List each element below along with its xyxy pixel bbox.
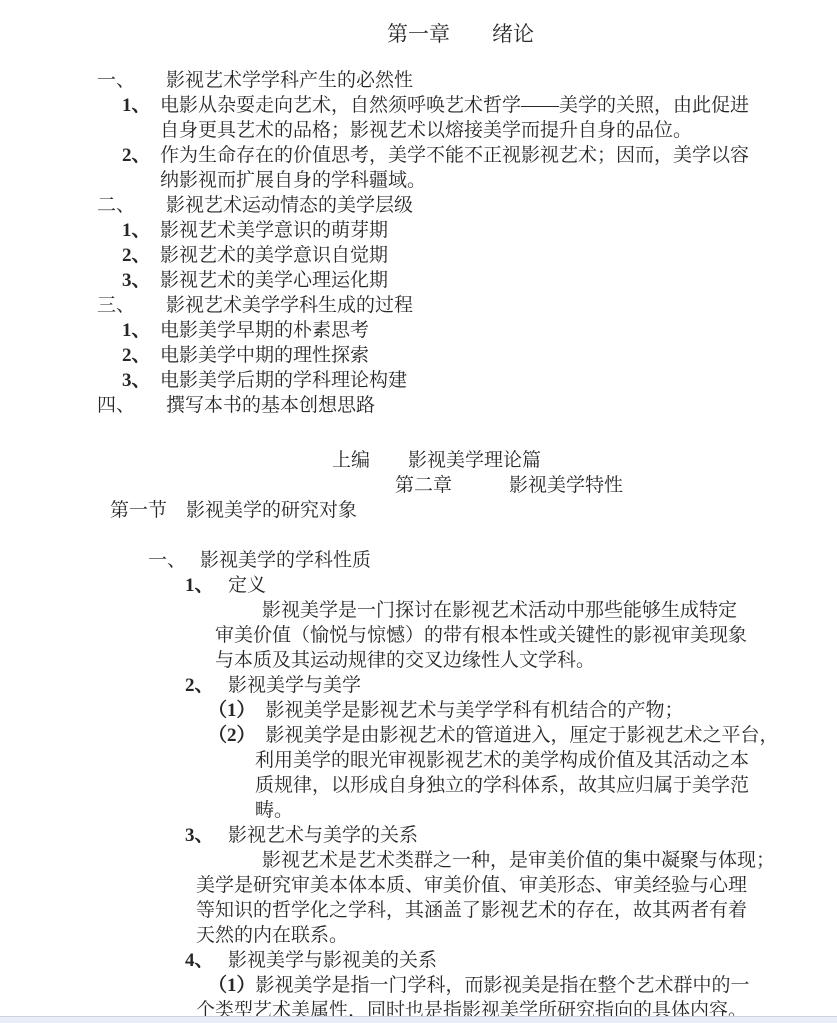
- document-page: 第一章 绪论 一、影视艺术学学科产生的必然性 1、电影从杂耍走向艺术，自然须呼唤…: [0, 0, 837, 1023]
- part-headings: 上编 影视美学理论篇 第二章 影视美学特性 第一节 影视美学的研究对象: [0, 448, 837, 523]
- line-text: 影视艺术的美学心理运化期: [160, 270, 388, 291]
- body-line: （2）影视美学是由影视艺术的管道进入，厘定于影视艺术之平台，: [208, 723, 837, 748]
- part-heading: 上编 影视美学理论篇: [332, 448, 837, 473]
- line-text: 影视艺术的美学意识自觉期: [160, 245, 388, 266]
- line-text: 影视艺术美学学科生成的过程: [166, 295, 413, 316]
- body-line: 1、定义: [185, 573, 837, 598]
- line-label: 3、: [122, 268, 160, 293]
- line-label: 1、: [122, 218, 160, 243]
- body-line: 与本质及其运动规律的交叉边缘性人文学科。: [215, 648, 837, 673]
- body-line: 美学是研究审美本体本质、审美价值、审美形态、审美经验与心理: [196, 873, 837, 898]
- line-text: 撰写本书的基本创想思路: [166, 395, 375, 416]
- line-text: 等知识的哲学化之学科，其涵盖了影视艺术的存在，故其两者有着: [196, 900, 747, 921]
- line-label: 1、: [122, 93, 160, 118]
- line-text: 影视美学是指一门学科，而影视美是指在整个艺术群中的一: [256, 975, 750, 996]
- body-line: 等知识的哲学化之学科，其涵盖了影视艺术的存在，故其两者有着: [196, 898, 837, 923]
- line-label: （2）: [208, 723, 256, 748]
- line-text: 美学是研究审美本体本质、审美价值、审美形态、审美经验与心理: [196, 875, 747, 896]
- body-line: 影视美学是一门探讨在影视艺术活动中那些能够生成特定: [262, 598, 837, 623]
- outline-line: 2、作为生命存在的价值思考，美学不能不正视影视艺术；因而，美学以容: [122, 143, 837, 168]
- body-line: （1）影视美学是影视艺术与美学学科有机结合的产物；: [208, 698, 837, 723]
- line-text: 电影美学后期的学科理论构建: [160, 370, 407, 391]
- outline-line: 二、影视艺术运动情态的美学层级: [97, 193, 837, 218]
- line-text: 与本质及其运动规律的交叉边缘性人文学科。: [215, 650, 595, 671]
- line-text: 影视美学与影视美的关系: [228, 950, 437, 971]
- line-text: 自身更具艺术的品格；影视艺术以熔接美学而提升自身的品位。: [160, 120, 692, 141]
- bottom-ui-bar: [0, 1016, 837, 1023]
- outline-line: 一、影视艺术学学科产生的必然性: [97, 68, 837, 93]
- body-line: 畴。: [255, 798, 837, 823]
- line-label: 2、: [122, 343, 160, 368]
- outline-line: 2、电影美学中期的理性探索: [122, 343, 837, 368]
- line-text: 畴。: [255, 800, 293, 821]
- line-text: 利用美学的眼光审视影视艺术的美学构成价值及其活动之本: [255, 750, 749, 771]
- body-line: 利用美学的眼光审视影视艺术的美学构成价值及其活动之本: [255, 748, 837, 773]
- line-label: 4、: [185, 948, 228, 973]
- line-text: 电影美学早期的朴素思考: [160, 320, 369, 341]
- line-text: 审美价值（愉悦与惊憾）的带有根本性或关键性的影视审美现象: [215, 625, 747, 646]
- chapter-title: 第一章 绪论: [387, 20, 837, 48]
- line-text: 影视美学是影视艺术与美学学科有机结合的产物；: [266, 700, 684, 721]
- line-label: 一、: [148, 548, 200, 573]
- outline-line: 1、影视艺术美学意识的萌芽期: [122, 218, 837, 243]
- line-text: 影视美学与美学: [228, 675, 361, 696]
- line-text: 作为生命存在的价值思考，美学不能不正视影视艺术；因而，美学以容: [160, 145, 749, 166]
- line-text: 电影从杂耍走向艺术，自然须呼唤艺术哲学——美学的关照，由此促进: [160, 95, 749, 116]
- line-label: 1、: [122, 318, 160, 343]
- outline-line: 三、影视艺术美学学科生成的过程: [97, 293, 837, 318]
- body-line: （1）影视美学是指一门学科，而影视美是指在整个艺术群中的一: [208, 973, 837, 998]
- outline-line: 1、电影美学早期的朴素思考: [122, 318, 837, 343]
- line-text: 影视艺术美学意识的萌芽期: [160, 220, 388, 241]
- line-label: 一、: [97, 68, 166, 93]
- line-label: （1）: [208, 973, 256, 998]
- outline-line: 四、撰写本书的基本创想思路: [97, 393, 837, 418]
- line-label: 1、: [185, 573, 228, 598]
- body-line: 天然的内在联系。: [196, 923, 837, 948]
- body-line: 审美价值（愉悦与惊憾）的带有根本性或关键性的影视审美现象: [215, 623, 837, 648]
- line-text: 影视美学的学科性质: [200, 550, 371, 571]
- line-text: 影视艺术学学科产生的必然性: [166, 70, 413, 91]
- body-line: 影视艺术是艺术类群之一种，是审美价值的集中凝聚与体现；: [262, 848, 837, 873]
- chapter2-heading: 第二章 影视美学特性: [395, 473, 837, 498]
- body-line: 2、影视美学与美学: [185, 673, 837, 698]
- line-label: 2、: [185, 673, 228, 698]
- line-label: 2、: [122, 143, 160, 168]
- line-text: 质规律，以形成自身独立的学科体系，故其应归属于美学范: [255, 775, 749, 796]
- line-label: 3、: [122, 368, 160, 393]
- line-label: 3、: [185, 823, 228, 848]
- line-label: 二、: [97, 193, 166, 218]
- line-text: 影视艺术与美学的关系: [228, 825, 418, 846]
- chapter1-outline: 一、影视艺术学学科产生的必然性 1、电影从杂耍走向艺术，自然须呼唤艺术哲学——美…: [0, 68, 837, 418]
- line-label: 2、: [122, 243, 160, 268]
- line-text: 纳影视而扩展自身的学科疆域。: [160, 170, 426, 191]
- body-line: 3、影视艺术与美学的关系: [185, 823, 837, 848]
- line-text: 影视美学是由影视艺术的管道进入，厘定于影视艺术之平台，: [266, 725, 779, 746]
- outline-line: 2、影视艺术的美学意识自觉期: [122, 243, 837, 268]
- line-label: 四、: [97, 393, 166, 418]
- section-heading: 第一节 影视美学的研究对象: [110, 498, 837, 523]
- line-text: 影视艺术运动情态的美学层级: [166, 195, 413, 216]
- line-label: 三、: [97, 293, 166, 318]
- section1-body: 一、影视美学的学科性质 1、定义 影视美学是一门探讨在影视艺术活动中那些能够生成…: [0, 548, 837, 1023]
- outline-line: 1、电影从杂耍走向艺术，自然须呼唤艺术哲学——美学的关照，由此促进: [122, 93, 837, 118]
- line-label: （1）: [208, 698, 256, 723]
- body-line: 质规律，以形成自身独立的学科体系，故其应归属于美学范: [255, 773, 837, 798]
- body-line: 一、影视美学的学科性质: [148, 548, 837, 573]
- line-text: 影视艺术是艺术类群之一种，是审美价值的集中凝聚与体现；: [262, 850, 775, 871]
- outline-line: 3、电影美学后期的学科理论构建: [122, 368, 837, 393]
- line-text: 天然的内在联系。: [196, 925, 348, 946]
- outline-line: 纳影视而扩展自身的学科疆域。: [160, 168, 837, 193]
- line-text: 定义: [228, 575, 266, 596]
- outline-line: 自身更具艺术的品格；影视艺术以熔接美学而提升自身的品位。: [160, 118, 837, 143]
- line-text: 电影美学中期的理性探索: [160, 345, 369, 366]
- line-text: 影视美学是一门探讨在影视艺术活动中那些能够生成特定: [262, 600, 737, 621]
- body-line: 4、影视美学与影视美的关系: [185, 948, 837, 973]
- outline-line: 3、影视艺术的美学心理运化期: [122, 268, 837, 293]
